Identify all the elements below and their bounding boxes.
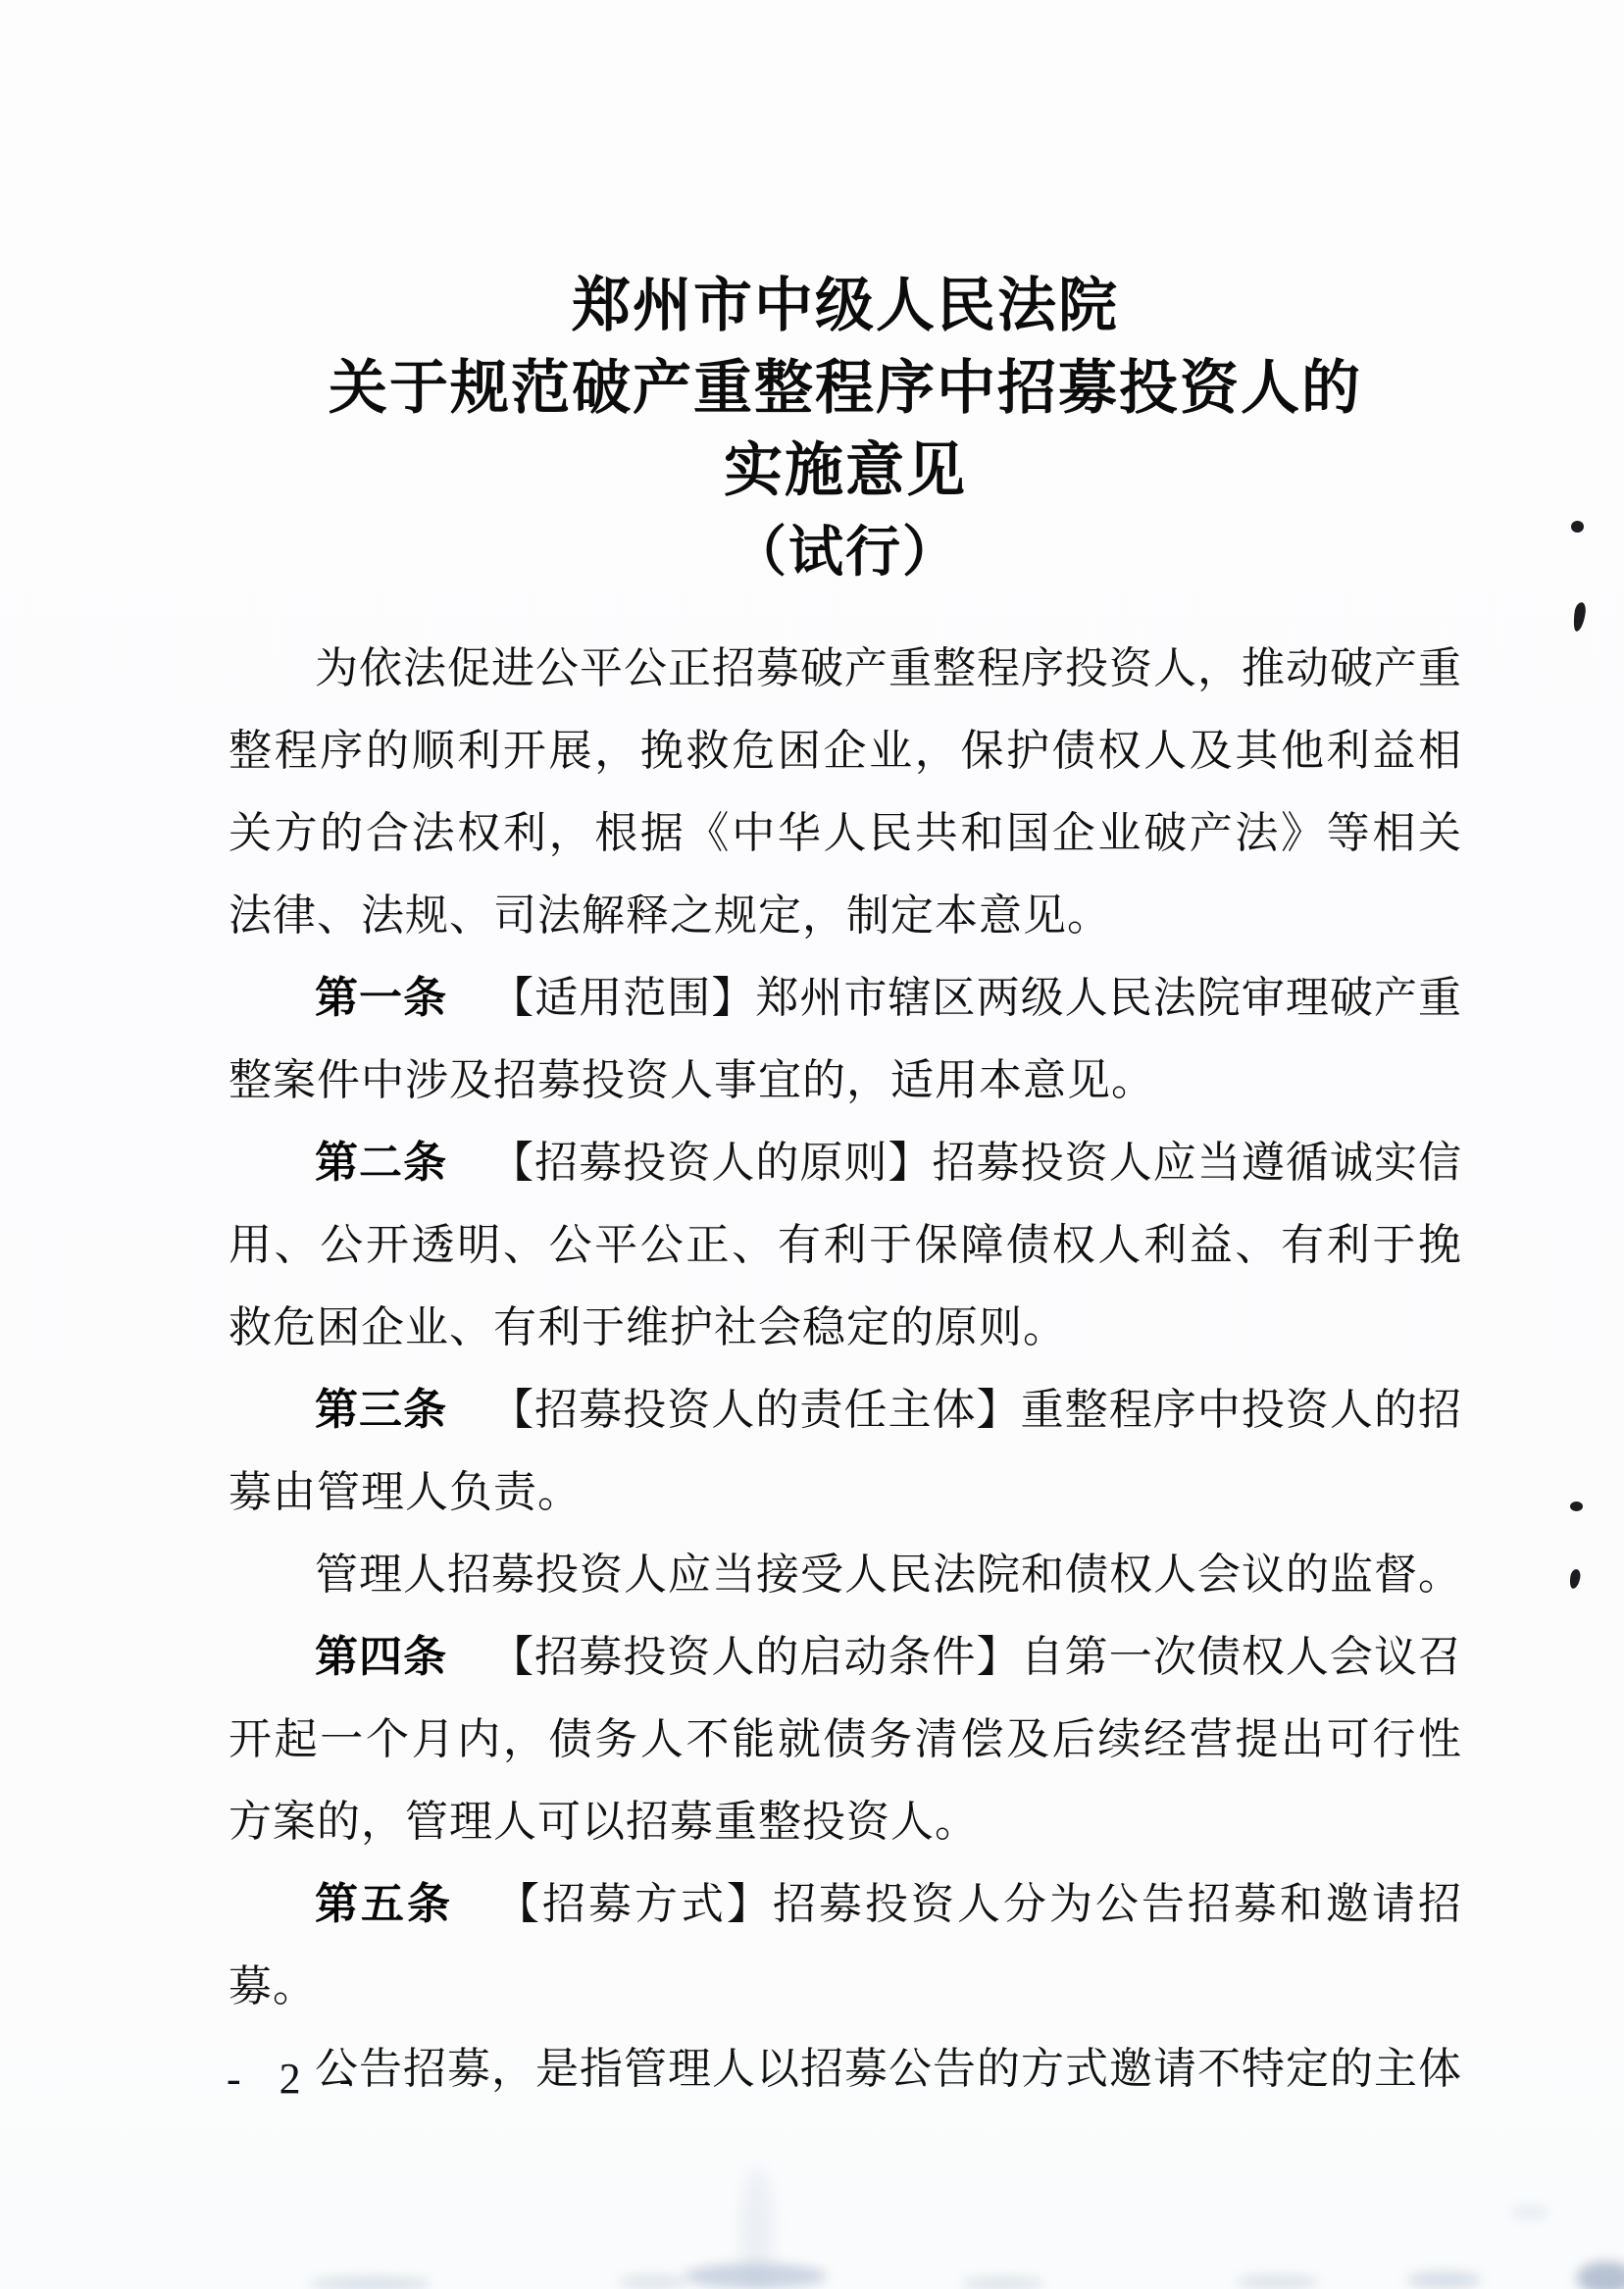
ink-speck [1571,521,1584,533]
article-2-number: 第二条 [315,1139,447,1187]
scan-smudge [1407,2271,1481,2289]
title-line-court-name: 郑州市中级人民法院 [228,265,1462,347]
scan-smudge [309,2277,431,2289]
paragraph-public-recruitment: 公告招募，是指管理人以招募公告的方式邀请不特定的主体 [228,2028,1462,2111]
paragraph-article-2: 第二条【招募投资人的原则】招募投资人应当遵循诚实信用、公开透明、公平公正、有利于… [228,1122,1462,1369]
ink-speck [1572,601,1587,632]
title-line-trial: （试行） [228,512,1462,594]
scanned-document-page: 郑州市中级人民法院 关于规范破产重整程序中招募投资人的 实施意见 （试行） 为依… [0,0,1624,2289]
scan-smudge [1236,2275,1319,2289]
document-title: 郑州市中级人民法院 关于规范破产重整程序中招募投资人的 实施意见 （试行） [228,265,1462,594]
paragraph-article-3: 第三条【招募投资人的责任主体】重整程序中投资人的招募由管理人负责。 [228,1369,1462,1534]
scan-smudge [618,2275,686,2289]
paragraph-article-1: 第一条【适用范围】郑州市辖区两级人民法院审理破产重整案件中涉及招募投资人事宜的，… [228,957,1462,1122]
page-number: - 2 - [227,2056,367,2103]
article-3-number: 第三条 [315,1386,447,1434]
scan-smudge [1577,2262,1624,2289]
paragraph-preamble: 为依法促进公平公正招募破产重整程序投资人，推动破产重整程序的顺利开展，挽救危困企… [228,628,1462,957]
ink-speck [1570,1501,1583,1511]
scan-fold-mark [740,2167,774,2289]
ink-speck [1568,1568,1581,1589]
scan-smudge [961,2277,1044,2289]
paragraph-text: 公告招募，是指管理人以招募公告的方式邀请不特定的主体 [315,2045,1462,2093]
scan-smudge [1510,2205,1549,2220]
paragraph-text: 为依法促进公平公正招募破产重整程序投资人，推动破产重整程序的顺利开展，挽救危困企… [228,644,1462,940]
paragraph-article-4: 第四条【招募投资人的启动条件】自第一次债权人会议召开起一个月内，债务人不能就债务… [228,1616,1462,1863]
title-line-opinion: 实施意见 [228,430,1462,512]
paragraph-article-3-supplement: 管理人招募投资人应当接受人民法院和债权人会议的监督。 [228,1534,1462,1616]
article-1-number: 第一条 [315,974,447,1022]
paragraph-article-5: 第五条【招募方式】招募投资人分为公告招募和邀请招募。 [228,1863,1462,2028]
document-body: 为依法促进公平公正招募破产重整程序投资人，推动破产重整程序的顺利开展，挽救危困企… [228,628,1462,2111]
paragraph-text: 管理人招募投资人应当接受人民法院和债权人会议的监督。 [315,1551,1462,1599]
title-line-subject: 关于规范破产重整程序中招募投资人的 [228,347,1462,430]
article-4-number: 第四条 [315,1633,447,1681]
article-5-number: 第五条 [315,1880,453,1928]
